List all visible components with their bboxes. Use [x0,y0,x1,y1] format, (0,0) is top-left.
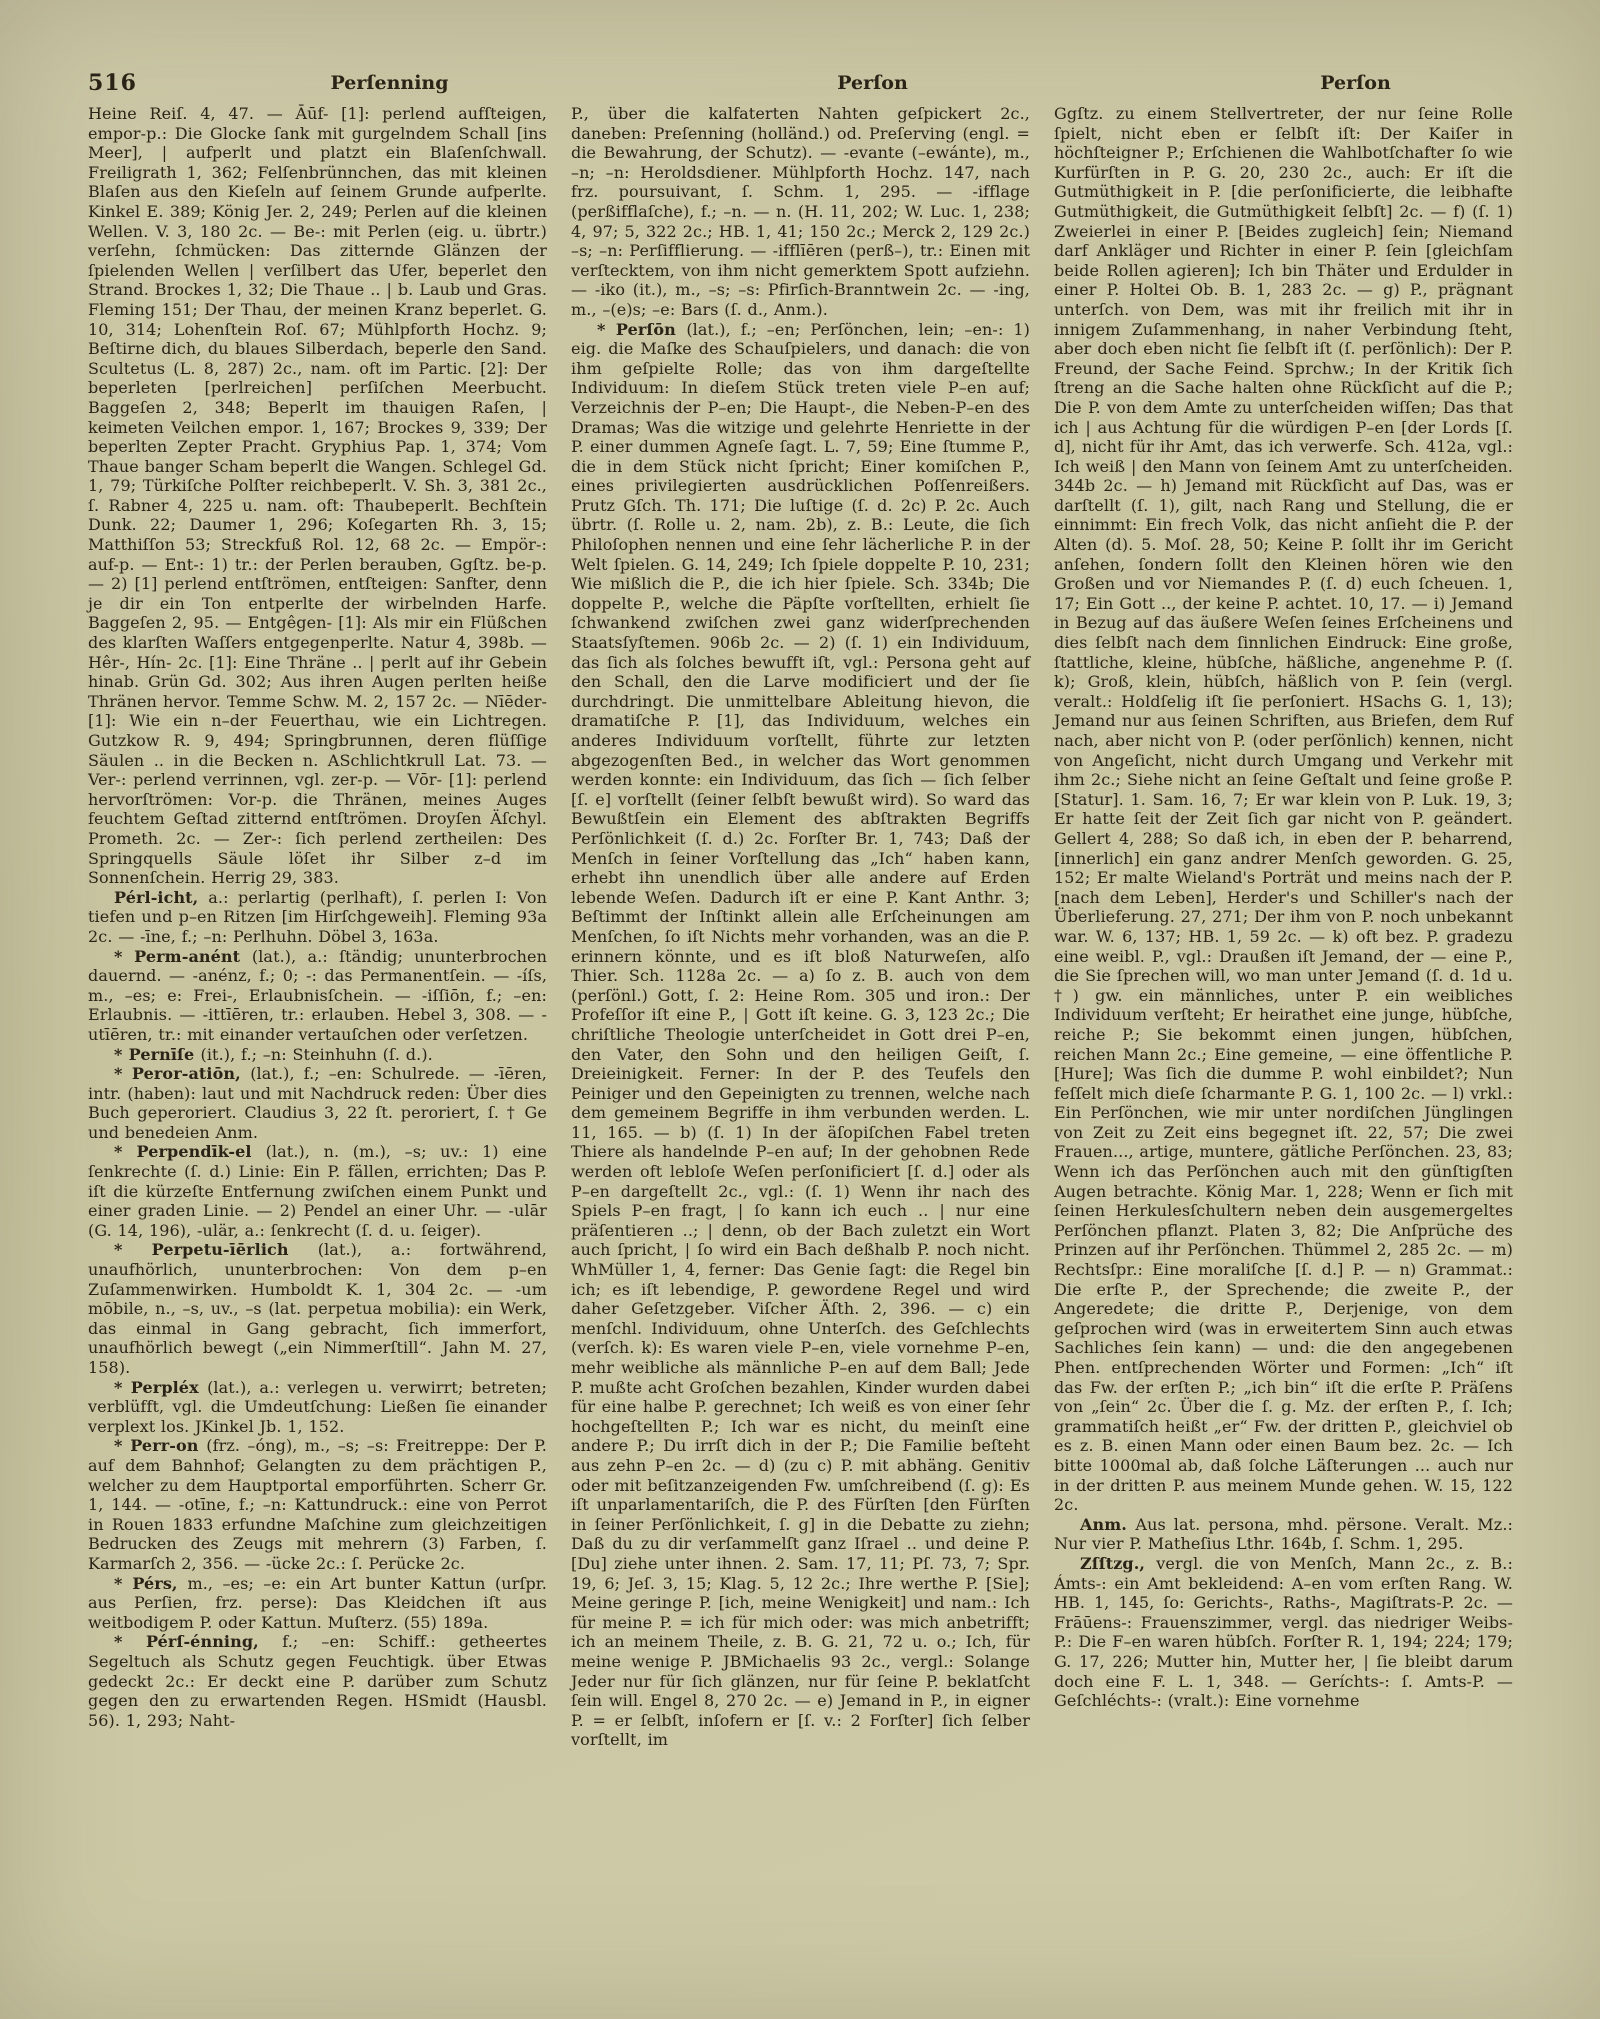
entry-headword: * Pérs, [114,1574,187,1593]
text-column-1: Heine Reiſ. 4, 47. — Āūf- [1]: perlend a… [88,104,547,1750]
dictionary-paragraph: Zſſtzg., vergl. die von Menſch, Mann 2c.… [1054,1554,1513,1711]
running-header: 516 Perſenning Perſon Perſon [88,70,1512,100]
dictionary-paragraph: * Perpléx (lat.), a.: verlegen u. verwir… [88,1378,547,1437]
entry-headword: Pérl-icht, [114,888,208,907]
text-column-2: P., über die kalfaterten Nahten geſpicke… [571,104,1030,1750]
entry-headword: * Pernīſe [114,1045,201,1064]
entry-headword: * Perpetu-īērlich [114,1240,318,1259]
entry-headword: * Pérſ-énning, [114,1632,282,1651]
text-column-3: Ggſtz. zu einem Stellvertreter, der nur … [1054,104,1513,1750]
entry-headword: * Peror-atiōn, [114,1064,250,1083]
entry-headword: Zſſtzg., [1080,1554,1156,1573]
dictionary-paragraph: * Perr-on (frz. –óng), m., –s; –s: Freit… [88,1436,547,1573]
dictionary-paragraph: * Peror-atiōn, (lat.), f.; –en: Schulred… [88,1064,547,1142]
dictionary-paragraph: * Pernīſe (it.), f.; –n: Steinhuhn (ſ. d… [88,1045,547,1065]
column-header-center: Perſon [643,72,1102,94]
dictionary-paragraph: Heine Reiſ. 4, 47. — Āūf- [1]: perlend a… [88,104,547,888]
dictionary-page: 516 Perſenning Perſon Perſon Heine Reiſ.… [0,0,1600,2019]
dictionary-paragraph: P., über die kalfaterten Nahten geſpicke… [571,104,1030,320]
column-header-right: Perſon [1126,72,1585,94]
dictionary-paragraph: * Perpendīk-el (lat.), n. (m.), –s; uv.:… [88,1142,547,1240]
dictionary-paragraph: * Perſōn (lat.), f.; –en; Perſönchen, le… [571,320,1030,1750]
dictionary-paragraph: * Perpetu-īērlich (lat.), a.: fortwähren… [88,1240,547,1377]
dictionary-paragraph: Ggſtz. zu einem Stellvertreter, der nur … [1054,104,1513,1515]
text-columns: Heine Reiſ. 4, 47. — Āūf- [1]: perlend a… [88,104,1513,1750]
page-number: 516 [88,70,137,96]
dictionary-paragraph: Anm. Aus lat. persona, mhd. përsone. Ver… [1054,1515,1513,1554]
column-header-left: Perſenning [160,72,619,94]
dictionary-paragraph: * Pérs, m., –es; –e: ein Art bunter Katt… [88,1574,547,1633]
entry-headword: * Perpendīk-el [114,1142,266,1161]
dictionary-paragraph: * Pérſ-énning, f.; –en: Schiff.: getheer… [88,1632,547,1730]
entry-headword: * Perpléx [114,1378,207,1397]
entry-headword: * Perm-anént [114,947,252,966]
entry-headword: * Perſōn [597,320,686,339]
entry-headword: * Perr-on [114,1436,206,1455]
dictionary-paragraph: Pérl-icht, a.: perlartig (perlhaft), ſ. … [88,888,547,947]
dictionary-paragraph: * Perm-anént (lat.), a.: ſtändig; ununte… [88,947,547,1045]
entry-headword: Anm. [1080,1515,1135,1534]
